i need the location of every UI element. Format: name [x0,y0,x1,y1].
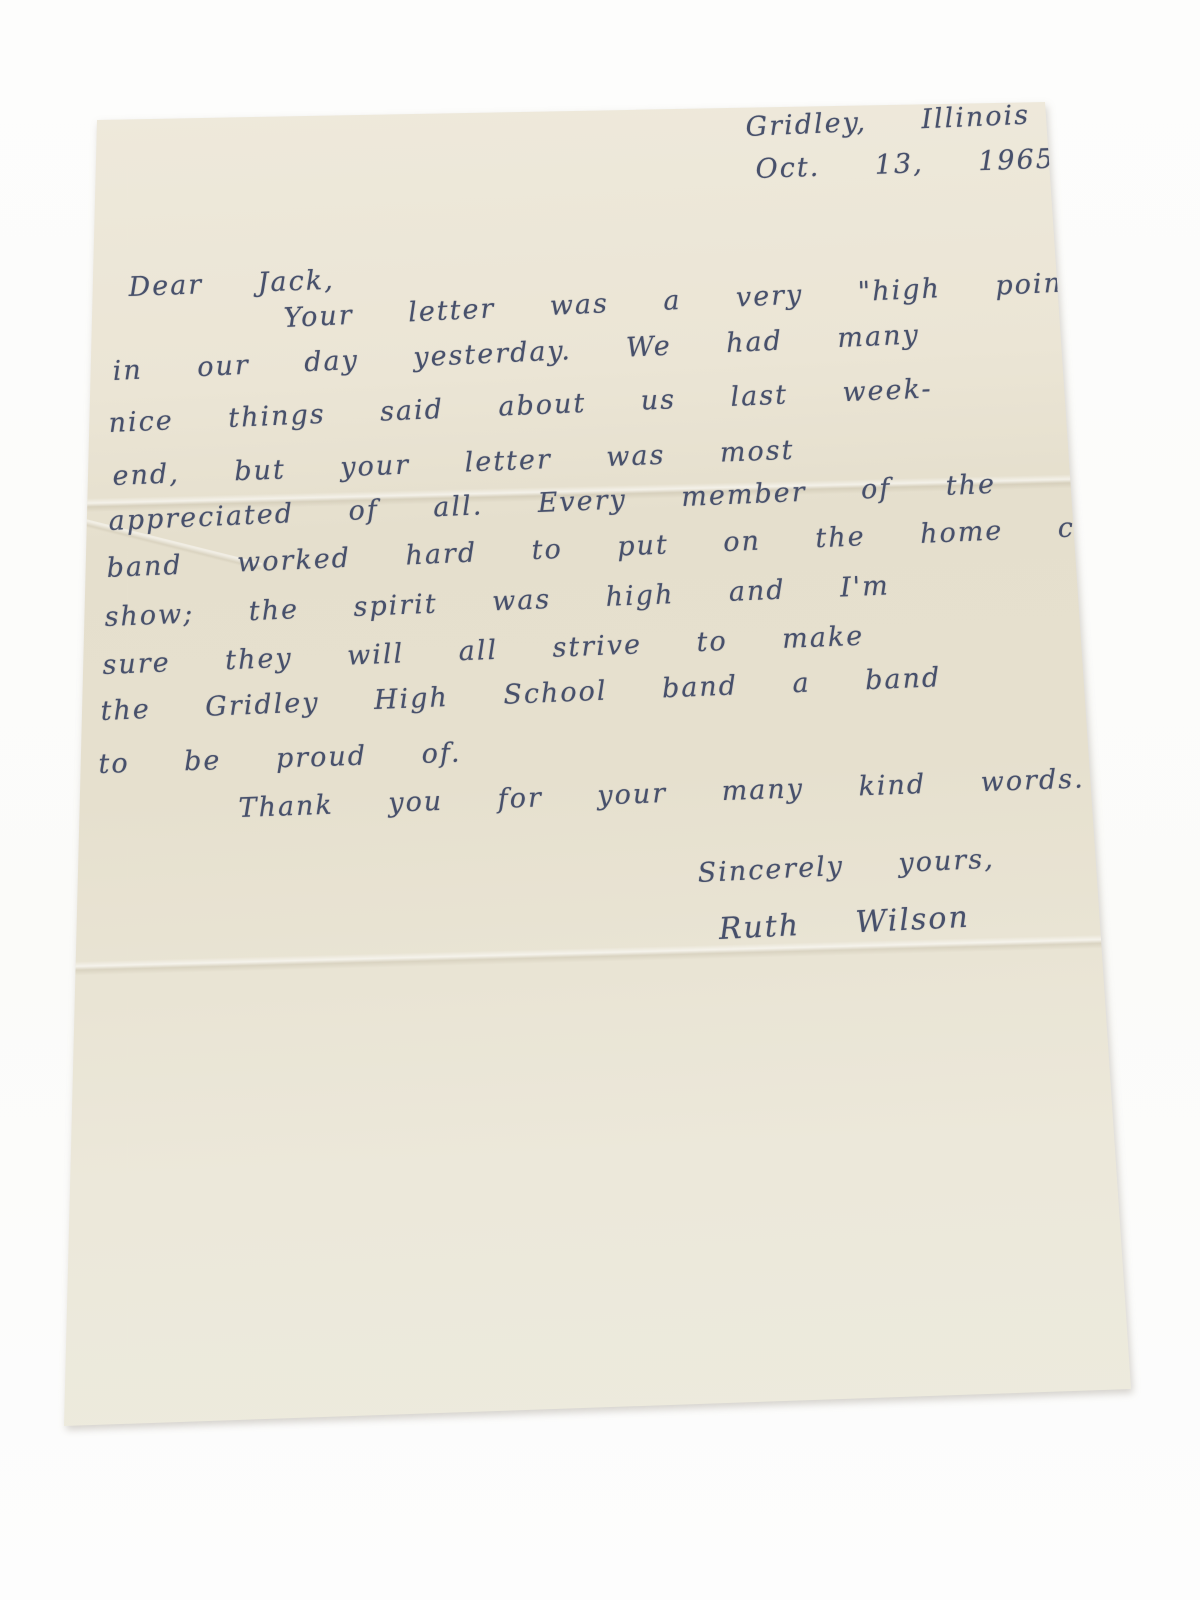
body-line-2: in our day yesterday. We had many [112,319,920,387]
letter-place: Gridley, Illinois [745,100,1031,143]
paper-shadow: Gridley, Illinois Oct. 13, 1965 Dear Jac… [0,0,1200,1600]
body-line-3: nice things said about us last week- [108,373,933,439]
closing: Sincerely yours, [697,843,995,888]
letter-date: Oct. 13, 1965 [755,144,1055,185]
body-line-11: Thank you for your many kind words. [238,763,1085,824]
body-line-1: Your letter was a very "high point" [283,266,1091,334]
letter-photo: Gridley, Illinois Oct. 13, 1965 Dear Jac… [0,0,1200,1600]
salutation: Dear Jack, [128,265,335,303]
letter-paper: Gridley, Illinois Oct. 13, 1965 Dear Jac… [0,0,1200,1600]
body-line-10: to be proud of. [98,738,462,780]
fold-crease-bottom [30,933,1150,976]
